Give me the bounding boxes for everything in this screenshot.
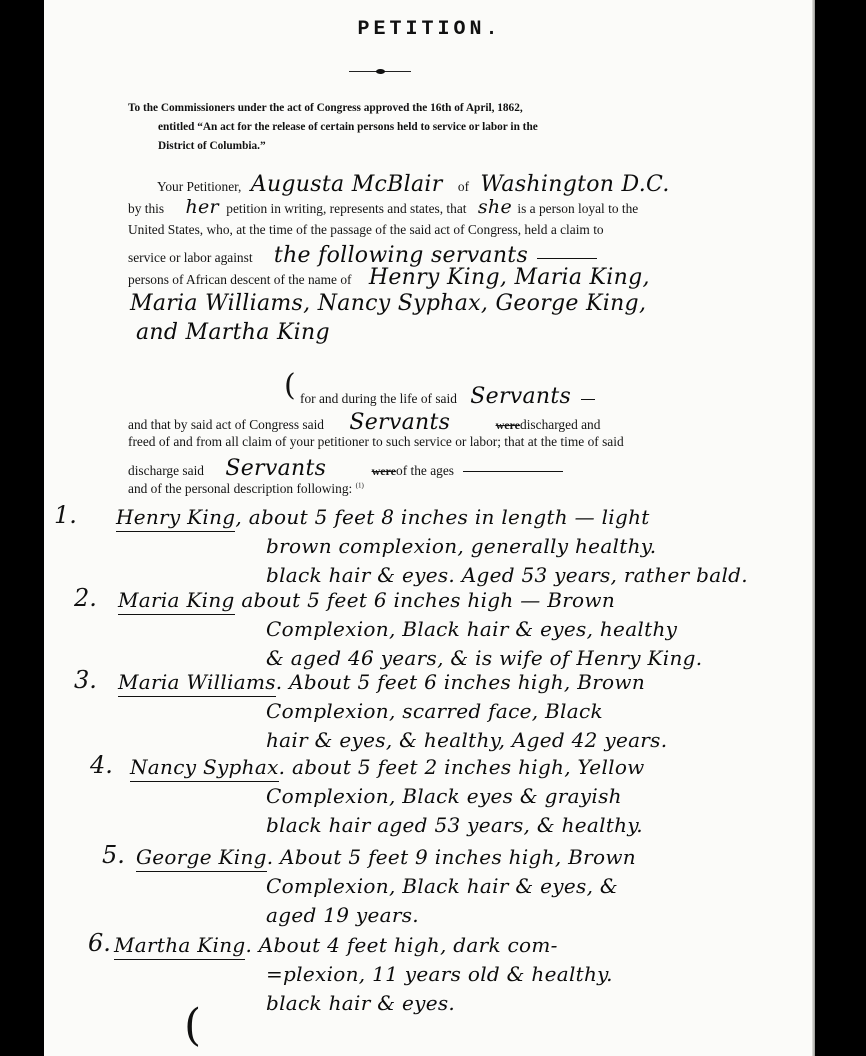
address-line-1: To the Commissioners under the act of Co… (128, 99, 728, 118)
address-block: To the Commissioners under the act of Co… (128, 99, 728, 156)
person-description: black hair & eyes. (266, 991, 455, 1015)
person-description: =plexion, 11 years old & healthy. (266, 962, 613, 986)
person-name: Henry King (116, 505, 235, 532)
pronoun-possessive: her (185, 196, 218, 218)
person-line: Martha King. About 4 feet high, dark com… (114, 933, 558, 957)
person-line: George King. About 5 feet 9 inches high,… (136, 845, 636, 869)
person-description: . About 5 feet 6 inches high, Brown (276, 670, 645, 694)
freed-line: freed of and from all claim of your peti… (128, 434, 624, 450)
person-description: . About 5 feet 9 inches high, Brown (267, 845, 636, 869)
person-description: brown complexion, generally healthy. (266, 534, 656, 558)
person-description: , about 5 feet 8 inches in length — ligh… (235, 505, 649, 529)
text-description: and of the personal description followin… (128, 481, 352, 496)
document-title: PETITION. (44, 18, 815, 41)
address-line-2: entitled “An act for the release of cert… (128, 118, 728, 137)
person-description: Complexion, Black hair & eyes, healthy (266, 617, 677, 641)
fill-dash (581, 399, 595, 400)
names-line-2: Maria Williams, Nancy Syphax, George Kin… (130, 291, 646, 316)
pronoun-subject: she (478, 196, 512, 218)
petition-page: PETITION. To the Commissioners under the… (44, 0, 815, 1056)
person-line: Maria King about 5 feet 6 inches high — … (118, 588, 615, 612)
person-description: Complexion, Black hair & eyes, & (266, 874, 618, 898)
person-name: Martha King (114, 933, 245, 960)
persons-line: persons of African descent of the name o… (128, 265, 650, 290)
value-congress: Servants (349, 410, 450, 435)
value-discharge: Servants (225, 456, 326, 481)
person-description: & aged 46 years, & is wife of Henry King… (266, 646, 702, 670)
brace-mark: ( (184, 1000, 201, 1051)
label-congress: and that by said act of Congress said (128, 417, 324, 432)
title-ornament (349, 70, 411, 73)
petitioner-residence: Washington D.C. (480, 172, 669, 197)
person-number: 5. (102, 841, 125, 869)
person-description: black hair aged 53 years, & healthy. (266, 813, 643, 837)
brace-mark: ( (284, 368, 296, 403)
label-service-against: service or labor against (128, 250, 253, 265)
text-petition: petition in writing, represents and stat… (226, 201, 466, 216)
ornament-dot (376, 69, 385, 74)
label-by-this: by this (128, 201, 164, 216)
description-line: and of the personal description followin… (128, 481, 364, 497)
text-discharged: discharged and (520, 417, 600, 432)
by-this-line: by this her petition in writing, represe… (128, 196, 638, 218)
person-number: 6. (88, 929, 111, 957)
person-line: Nancy Syphax. about 5 feet 2 inches high… (130, 755, 645, 779)
struck-word: were (372, 464, 396, 478)
term-line: for and during the life of said Servants (300, 384, 595, 409)
term-value: Servants (470, 384, 571, 409)
person-number: 1. (54, 501, 77, 529)
person-description: black hair & eyes. Aged 53 years, rather… (266, 563, 748, 587)
label-your-petitioner: Your Petitioner, (157, 179, 241, 194)
text-ages: of the ages (396, 463, 454, 478)
person-name: Nancy Syphax (130, 755, 279, 782)
person-number: 4. (90, 751, 113, 779)
person-name: George King (136, 845, 267, 872)
person-description: . About 4 feet high, dark com- (245, 933, 557, 957)
person-description: Complexion, scarred face, Black (266, 699, 603, 723)
petitioner-line: Your Petitioner, Augusta McBlair of Wash… (157, 172, 670, 197)
person-line: Henry King, about 5 feet 8 inches in len… (116, 505, 650, 529)
person-description: Complexion, Black eyes & grayish (266, 784, 622, 808)
fill-dash (463, 471, 563, 472)
discharge-said-line: discharge said Servants wereof the ages (128, 456, 563, 481)
footnote-mark: (1) (356, 482, 364, 490)
petitioner-name: Augusta McBlair (251, 172, 443, 197)
address-line-3: District of Columbia.” (128, 137, 728, 156)
person-description: hair & eyes, & healthy, Aged 42 years. (266, 728, 667, 752)
fill-dash (537, 258, 597, 259)
names-line-3: and Martha King (136, 320, 330, 345)
text-loyal: is a person loyal to the (517, 201, 638, 216)
label-discharge-said: discharge said (128, 463, 204, 478)
term-label: for and during the life of said (300, 391, 457, 406)
discharged-line: and that by said act of Congress said Se… (128, 410, 600, 435)
person-description: about 5 feet 6 inches high — Brown (235, 588, 615, 612)
person-number: 2. (74, 584, 97, 612)
person-description: aged 19 years. (266, 903, 419, 927)
united-states-line: United States, who, at the time of the p… (128, 222, 604, 238)
names-line-1: Henry King, Maria King, (369, 265, 650, 290)
struck-word: were (496, 418, 520, 432)
person-line: Maria Williams. About 5 feet 6 inches hi… (118, 670, 645, 694)
label-persons: persons of African descent of the name o… (128, 272, 351, 287)
person-number: 3. (74, 666, 97, 694)
label-of: of (458, 179, 469, 194)
person-description: . about 5 feet 2 inches high, Yellow (279, 755, 645, 779)
person-name: Maria Williams (118, 670, 276, 697)
person-name: Maria King (118, 588, 235, 615)
